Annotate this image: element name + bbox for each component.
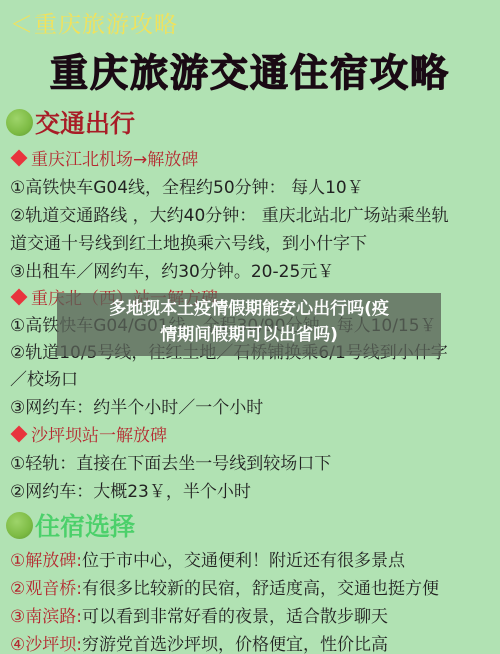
route-item: ②网约车：大概23￥，半个小时 bbox=[10, 477, 251, 502]
section-header-lodging: 住宿选择 bbox=[6, 508, 135, 542]
lodging-area: ②观音桥: bbox=[10, 579, 82, 599]
lodging-item: ①解放碑:位于市中心，交通便利！附近还有很多景点 bbox=[10, 546, 405, 571]
page-title: 重庆旅游交通住宿攻略 bbox=[0, 42, 500, 97]
route-name: 重庆江北机场→解放碑 bbox=[31, 145, 198, 170]
route-header-shapingba: 沙坪坝站一解放碑 bbox=[10, 421, 167, 446]
lodging-item: ④沙坪坝:穷游党首选沙坪坝，价格便宜，性价比高 bbox=[10, 630, 388, 654]
route-item: ／校场口 bbox=[10, 365, 78, 390]
route-item: ③出租车／网约车，约30分钟。20-25元￥ bbox=[10, 257, 334, 282]
route-item: 道交通十号线到红土地换乘六号线，到小什字下 bbox=[10, 229, 367, 254]
route-item: ②轨道交通路线 ，大约40分钟： 重庆北站北广场站乘坐轨 bbox=[10, 201, 449, 226]
back-link[interactable]: ＜重庆旅游攻略 bbox=[10, 6, 178, 39]
red-diamond-icon bbox=[11, 149, 28, 166]
headline-line-2: 情期间假期可以出省吗) bbox=[57, 322, 441, 348]
route-item: ③网约车：约半个小时／一个小时 bbox=[10, 393, 263, 418]
lodging-area: ③南滨路: bbox=[10, 607, 82, 627]
red-diamond-icon bbox=[11, 288, 28, 305]
green-circle-icon bbox=[6, 512, 33, 539]
green-circle-icon bbox=[6, 109, 33, 136]
lodging-item: ②观音桥:有很多比较新的民宿，舒适度高，交通也挺方便 bbox=[10, 574, 439, 599]
headline-line-1: 多地现本土疫情假期能安心出行吗(疫 bbox=[57, 296, 441, 322]
lodging-area: ④沙坪坝: bbox=[10, 635, 82, 654]
lodging-desc: 可以看到非常好看的夜景，适合散步聊天 bbox=[82, 607, 388, 627]
guide-page: ＜重庆旅游攻略 重庆旅游交通住宿攻略 交通出行 重庆江北机场→解放碑 ①高铁快车… bbox=[0, 0, 500, 654]
section-header-transport: 交通出行 bbox=[6, 105, 135, 139]
lodging-desc: 穷游党首选沙坪坝，价格便宜，性价比高 bbox=[82, 635, 388, 654]
route-item: ①轻轨：直接在下面去坐一号线到较场口下 bbox=[10, 449, 331, 474]
route-name: 沙坪坝站一解放碑 bbox=[31, 421, 167, 446]
headline-overlay[interactable]: 多地现本土疫情假期能安心出行吗(疫 情期间假期可以出省吗) bbox=[57, 296, 441, 348]
lodging-area: ①解放碑: bbox=[10, 551, 82, 571]
lodging-item: ③南滨路:可以看到非常好看的夜景，适合散步聊天 bbox=[10, 602, 388, 627]
lodging-desc: 位于市中心，交通便利！附近还有很多景点 bbox=[82, 551, 405, 571]
lodging-desc: 有很多比较新的民宿，舒适度高，交通也挺方便 bbox=[82, 579, 439, 599]
route-item: ①高铁快车G04线，全程约50分钟： 每人10￥ bbox=[10, 173, 364, 198]
route-header-airport: 重庆江北机场→解放碑 bbox=[10, 145, 198, 170]
section-title-transport: 交通出行 bbox=[35, 104, 135, 140]
section-title-lodging: 住宿选择 bbox=[35, 507, 135, 543]
red-diamond-icon bbox=[11, 425, 28, 442]
